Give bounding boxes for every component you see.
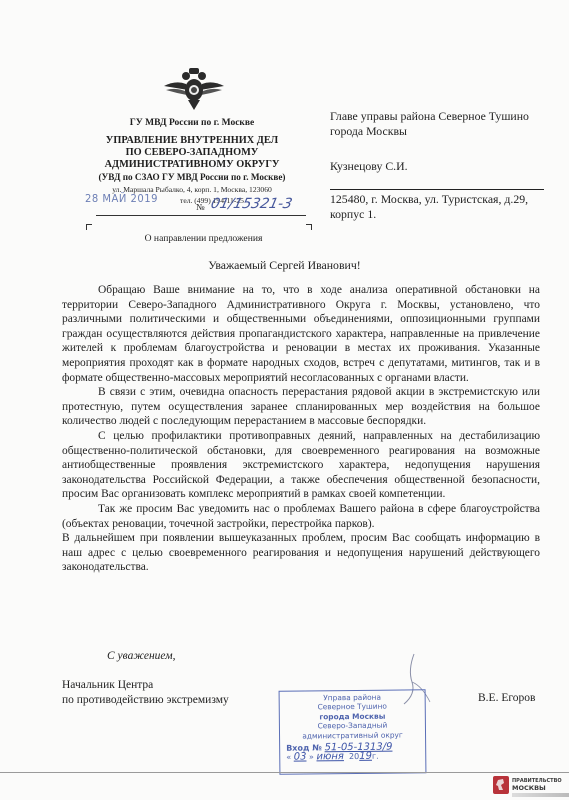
letter-subject: О направлении предложения (96, 233, 311, 244)
recipient-divider (330, 189, 544, 190)
sender-abbreviation: (УВД по СЗАО ГУ МВД России по г. Москве) (62, 172, 322, 182)
sender-org-line: УПРАВЛЕНИЕ ВНУТРЕННИХ ДЕЛ (62, 135, 322, 147)
subject-bracket-right (306, 224, 312, 230)
stamp-date-suffix: г. (372, 752, 379, 761)
recipient-address: 125480, г. Москва, ул. Туристская, д.29,… (330, 192, 555, 222)
sender-department: ГУ МВД России по г. Москве (62, 118, 322, 128)
paragraph: С целью профилактики противоправных деян… (62, 429, 540, 502)
paragraph: В дальнейшем при появлении вышеуказанных… (62, 531, 540, 575)
date-stamp: 28 МАЙ 2019 (85, 193, 158, 205)
stamp-date-century: 20 (349, 752, 359, 761)
stamp-date-month: июня (316, 752, 344, 763)
paragraph: В связи с этим, очевидна опасность перер… (62, 385, 540, 429)
sender-org-line: АДМИНИСТРАТИВНОМУ ОКРУГУ (62, 159, 322, 171)
logo-line: МОСКВЫ (512, 785, 562, 792)
number-underline (96, 215, 306, 216)
signatory-title: Начальник Центра по противодействию экст… (62, 678, 229, 708)
logo-underbar (512, 793, 569, 797)
signatory-title-line: по противодействию экстремизму (62, 693, 229, 708)
footer-divider (0, 772, 569, 773)
recipient-title: Главе управы района Северное Тушино горо… (330, 109, 560, 139)
paragraph: Обращаю Ваше внимание на то, что в ходе … (62, 283, 540, 385)
closing: С уважением, (107, 650, 175, 662)
stamp-line: административный округ (280, 730, 425, 741)
moscow-government-logo-text: ПРАВИТЕЛЬСТВО МОСКВЫ (512, 778, 562, 792)
document-number-label: № (196, 202, 205, 212)
letter-body: Обращаю Ваше внимание на то, что в ходе … (62, 283, 540, 575)
stamp-date-row: « 03 » июня 2019г. (280, 752, 425, 763)
moscow-coat-of-arms-icon (493, 776, 509, 794)
sender-organization: УПРАВЛЕНИЕ ВНУТРЕННИХ ДЕЛ ПО СЕВЕРО-ЗАПА… (62, 135, 322, 171)
signatory-name: В.Е. Егоров (478, 692, 535, 704)
stamp-date-year: 19 (359, 751, 372, 762)
stamp-date-quote: « (286, 753, 291, 762)
sender-org-line: ПО СЕВЕРО-ЗАПАДНОМУ (62, 147, 322, 159)
stamp-date-day: 03 (294, 752, 307, 763)
subject-bracket-left (86, 224, 92, 230)
signatory-title-line: Начальник Центра (62, 678, 229, 693)
incoming-registration-stamp: Управа района Северное Тушино города Мос… (279, 689, 427, 775)
recipient-name: Кузнецову С.И. (330, 159, 408, 174)
stamp-date-quote: » (309, 753, 314, 762)
salutation: Уважаемый Сергей Иванович! (0, 258, 569, 273)
document-number-value: 01/15321-3 (209, 196, 293, 212)
paragraph: Так же просим Вас уведомить нас о пробле… (62, 502, 540, 531)
mvd-emblem-icon (162, 62, 226, 114)
